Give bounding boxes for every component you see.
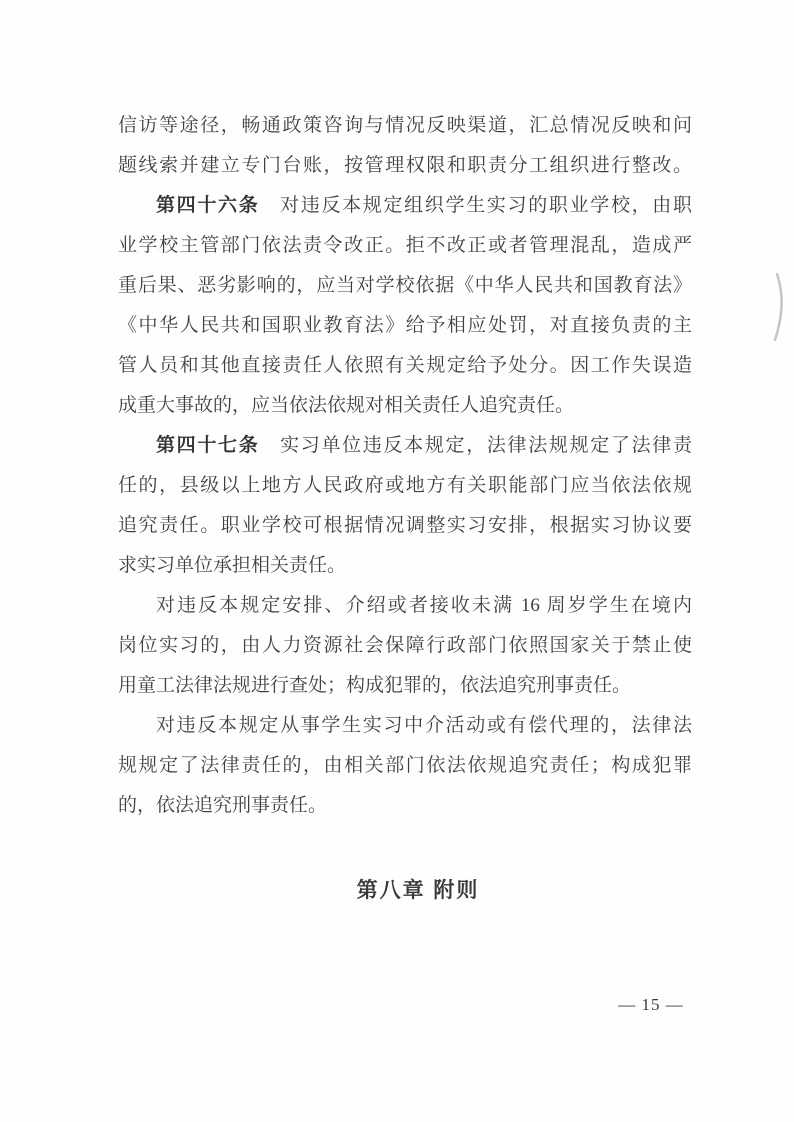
- body-line: 对违反本规定从事学生实习中介活动或有偿代理的，法律法: [118, 706, 692, 746]
- body-line: 对违反本规定安排、介绍或者接收未满 16 周岁学生在境内: [118, 586, 692, 626]
- line-text: 求实习单位承担相关责任。: [118, 555, 346, 576]
- chapter-heading: 第八章 附则: [118, 874, 718, 904]
- body-line: 重后果、恶劣影响的，应当对学校依据《中华人民共和国教育法》: [118, 266, 692, 306]
- body-line: 信访等途径，畅通政策咨询与情况反映渠道，汇总情况反映和问: [118, 106, 692, 146]
- body-line: 业学校主管部门依法责令改正。拒不改正或者管理混乱，造成严: [118, 226, 692, 266]
- line-text: 业学校主管部门依法责令改正。拒不改正或者管理混乱，造成严: [118, 235, 692, 256]
- body-line: 题线索并建立专门台账，按管理权限和职责分工组织进行整改。: [118, 146, 692, 186]
- line-text: 对违反本规定组织学生实习的职业学校，由职: [259, 195, 692, 216]
- body-line: 求实习单位承担相关责任。: [118, 546, 692, 586]
- body-line: 岗位实习的，由人力资源社会保障行政部门依照国家关于禁止使: [118, 626, 692, 666]
- body-line: 追究责任。职业学校可根据情况调整实习安排，根据实习协议要: [118, 506, 692, 546]
- body-line: 管人员和其他直接责任人依照有关规定给予处分。因工作失误造: [118, 346, 692, 386]
- body-text-block: 信访等途径，畅通政策咨询与情况反映渠道，汇总情况反映和问 题线索并建立专门台账，…: [118, 106, 692, 826]
- line-text: 对违反本规定安排、介绍或者接收未满 16 周岁学生在境内: [156, 595, 692, 616]
- line-text: 规规定了法律责任的，由相关部门依法依规追究责任；构成犯罪: [118, 755, 692, 776]
- article-number: 第四十六条: [156, 195, 259, 216]
- page-number: — 15 —: [596, 995, 706, 1015]
- line-text: 信访等途径，畅通政策咨询与情况反映渠道，汇总情况反映和问: [118, 115, 692, 136]
- article-number: 第四十七条: [156, 435, 259, 456]
- body-line: 的，依法追究刑事责任。: [118, 786, 692, 826]
- body-line: 第四十六条 对违反本规定组织学生实习的职业学校，由职: [118, 186, 692, 226]
- line-text: 管人员和其他直接责任人依照有关规定给予处分。因工作失误造: [118, 355, 692, 376]
- scan-artifact-mark: [770, 268, 790, 346]
- line-text: 用童工法律法规进行查处；构成犯罪的，依法追究刑事责任。: [118, 675, 631, 696]
- body-line: 用童工法律法规进行查处；构成犯罪的，依法追究刑事责任。: [118, 666, 692, 706]
- body-line: 第四十七条 实习单位违反本规定，法律法规规定了法律责: [118, 426, 692, 466]
- line-text: 成重大事故的，应当依法依规对相关责任人追究责任。: [118, 395, 574, 416]
- line-text: 实习单位违反本规定，法律法规规定了法律责: [259, 435, 692, 456]
- line-text: 的，依法追究刑事责任。: [118, 795, 327, 816]
- line-text: 重后果、恶劣影响的，应当对学校依据《中华人民共和国教育法》: [118, 275, 692, 296]
- body-line: 任的，县级以上地方人民政府或地方有关职能部门应当依法依规: [118, 466, 692, 506]
- line-text: 岗位实习的，由人力资源社会保障行政部门依照国家关于禁止使: [118, 635, 692, 656]
- body-line: 成重大事故的，应当依法依规对相关责任人追究责任。: [118, 386, 692, 426]
- line-text: 追究责任。职业学校可根据情况调整实习安排，根据实习协议要: [118, 515, 692, 536]
- line-text: 《中华人民共和国职业教育法》给予相应处罚，对直接负责的主: [118, 315, 692, 336]
- line-text: 任的，县级以上地方人民政府或地方有关职能部门应当依法依规: [118, 475, 692, 496]
- body-line: 《中华人民共和国职业教育法》给予相应处罚，对直接负责的主: [118, 306, 692, 346]
- line-text: 题线索并建立专门台账，按管理权限和职责分工组织进行整改。: [118, 155, 692, 176]
- line-text: 对违反本规定从事学生实习中介活动或有偿代理的，法律法: [156, 715, 692, 736]
- body-line: 规规定了法律责任的，由相关部门依法依规追究责任；构成犯罪: [118, 746, 692, 786]
- document-page: 信访等途径，畅通政策咨询与情况反映渠道，汇总情况反映和问 题线索并建立专门台账，…: [0, 0, 794, 1122]
